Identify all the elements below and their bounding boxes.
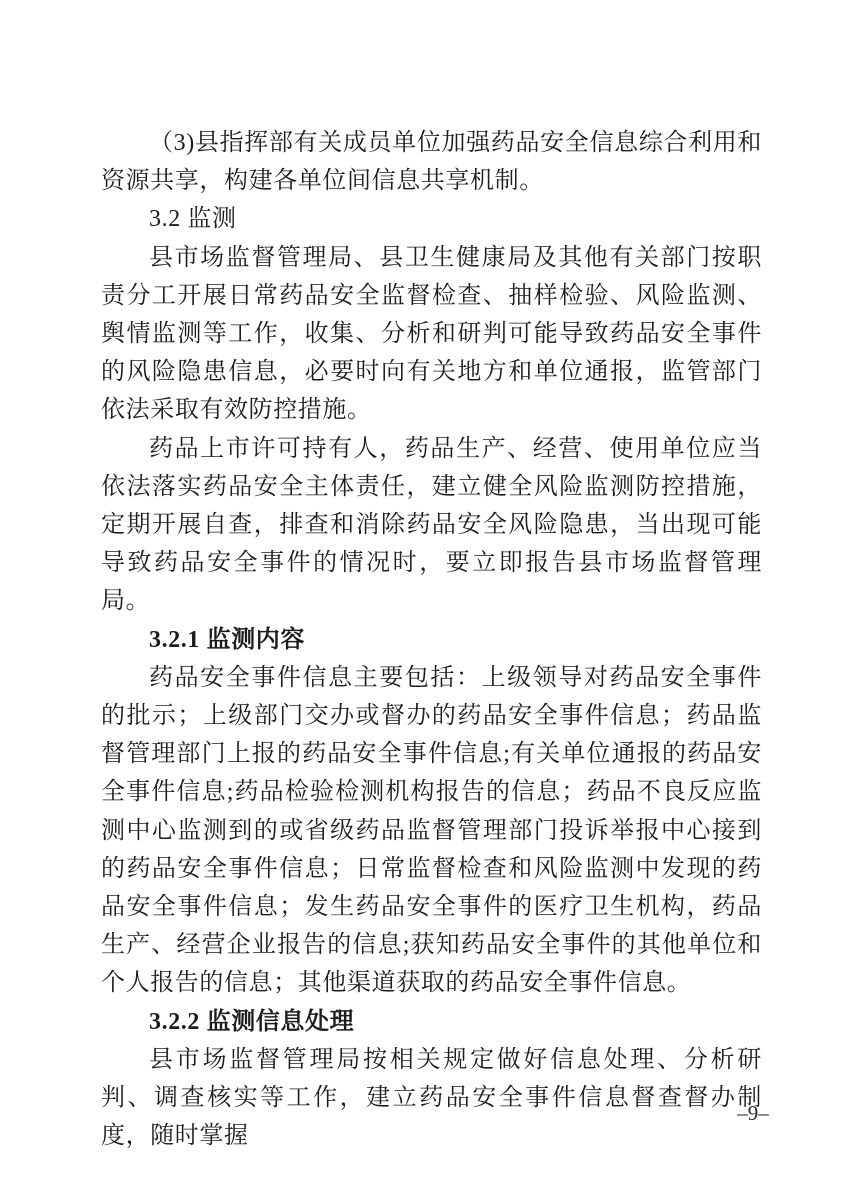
document-page: （3)县指挥部有关成员单位加强药品安全信息综合利用和资源共享，构建各单位间信息共…	[0, 0, 850, 1200]
paragraph-info-processing: 县市场监督管理局按相关规定做好信息处理、分析研判、调查核实等工作，建立药品安全事…	[101, 1041, 762, 1156]
paragraph-monitoring-duties: 县市场监督管理局、县卫生健康局及其他有关部门按职责分工开展日常药品安全监督检查、…	[101, 239, 762, 430]
section-heading-3-2: 3.2 监测	[101, 200, 762, 238]
paragraph-clause-3: （3)县指挥部有关成员单位加强药品安全信息综合利用和资源共享，构建各单位间信息共…	[101, 124, 762, 200]
document-text-block: （3)县指挥部有关成员单位加强药品安全信息综合利用和资源共享，构建各单位间信息共…	[101, 124, 762, 1155]
paragraph-monitoring-content: 药品安全事件信息主要包括：上级领导对药品安全事件的批示；上级部门交办或督办的药品…	[101, 659, 762, 1003]
page-number: –9–	[733, 1099, 773, 1127]
section-heading-3-2-1: 3.2.1 监测内容	[101, 621, 762, 659]
paragraph-mah-responsibility: 药品上市许可持有人，药品生产、经营、使用单位应当依法落实药品安全主体责任，建立健…	[101, 430, 762, 621]
section-heading-3-2-2: 3.2.2 监测信息处理	[101, 1003, 762, 1041]
